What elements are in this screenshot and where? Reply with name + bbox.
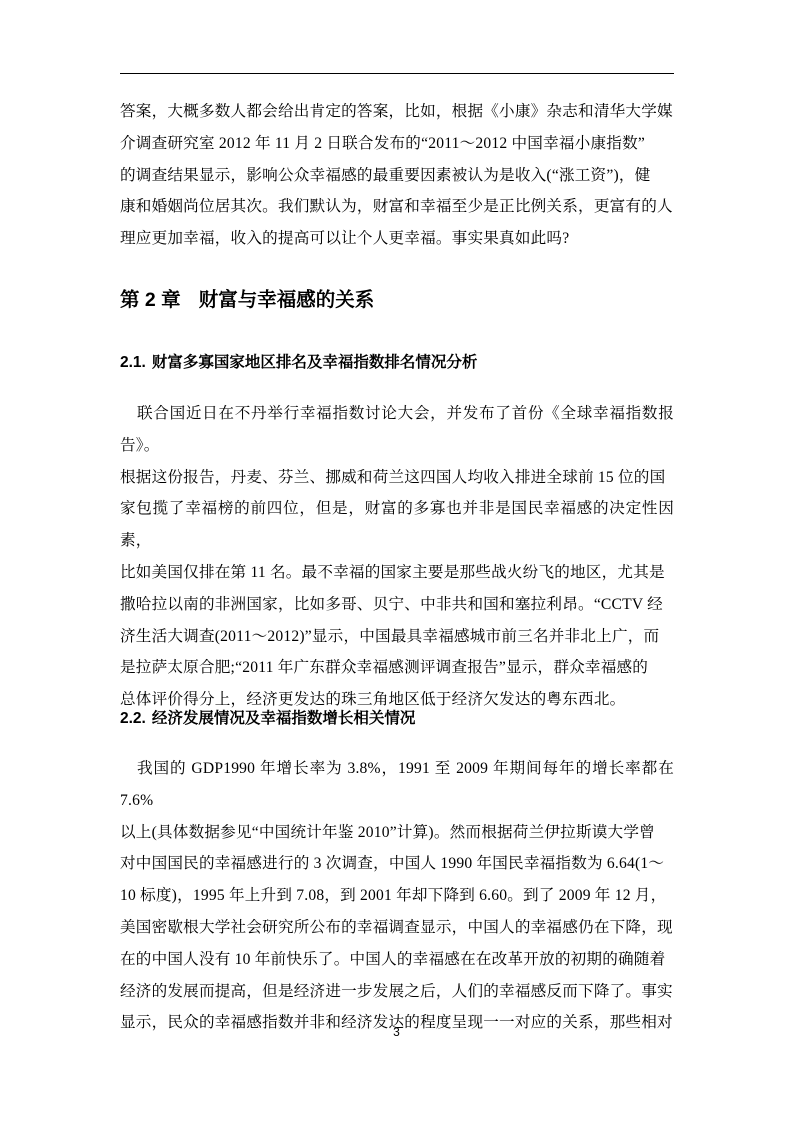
section-title: 经济发展情况及幸福指数增长相关情况	[152, 710, 416, 727]
body-line: 在的中国人没有 10 年前快乐了。中国人的幸福感在在改革开放的初期的确随着	[120, 944, 674, 976]
section-2-2-body: 我国的 GDP1990 年增长率为 3.8%，1991 至 2009 年期间每年…	[120, 753, 674, 1039]
body-line: 美国密歇根大学社会研究所公布的幸福调查显示，中国人的幸福感仍在下降，现	[120, 912, 674, 944]
body-line: 联合国近日在不丹举行幸福指数讨论大会，并发布了首份《全球幸福指数报告》。	[120, 398, 674, 462]
section-heading-2-1: 2.1.财富多寡国家地区排名及幸福指数排名情况分析	[120, 350, 477, 372]
intro-line: 理应更加幸福，收入的提高可以让个人更幸福。事实果真如此吗?	[120, 223, 674, 255]
body-line: 比如美国仅排在第 11 名。最不幸福的国家主要是那些战火纷飞的地区，尤其是	[120, 557, 674, 589]
body-line: 10 标度)，1995 年上升到 7.08，到 2001 年却下降到 6.60。…	[120, 880, 674, 912]
page-number: 3	[0, 1025, 793, 1039]
intro-paragraph: 答案，大概多数人都会给出肯定的答案，比如，根据《小康》杂志和清华大学媒 介调查研…	[120, 96, 674, 255]
intro-line: 的调查结果显示，影响公众幸福感的最重要因素被认为是收入(“涨工资”)，健	[120, 160, 674, 192]
body-line: 我国的 GDP1990 年增长率为 3.8%，1991 至 2009 年期间每年…	[120, 753, 674, 817]
header-rule	[120, 73, 674, 74]
chapter-heading: 第 2 章财富与幸福感的关系	[120, 284, 374, 312]
chapter-title: 财富与幸福感的关系	[199, 289, 375, 311]
intro-line: 介调查研究室 2012 年 11 月 2 日联合发布的“2011～2012 中国…	[120, 128, 674, 160]
section-number: 2.1.	[120, 354, 146, 371]
body-line: 以上(具体数据参见“中国统计年鉴 2010”计算)。然而根据荷兰伊拉斯谟大学曾	[120, 817, 674, 849]
section-number: 2.2.	[120, 710, 146, 727]
section-2-1-body: 联合国近日在不丹举行幸福指数讨论大会，并发布了首份《全球幸福指数报告》。 根据这…	[120, 398, 674, 716]
body-line: 家包揽了幸福榜的前四位，但是，财富的多寡也并非是国民幸福感的决定性因素，	[120, 493, 674, 557]
intro-line: 康和婚姻尚位居其次。我们默认为，财富和幸福至少是正比例关系，更富有的人	[120, 191, 674, 223]
body-line: 对中国国民的幸福感进行的 3 次调查，中国人 1990 年国民幸福指数为 6.6…	[120, 848, 674, 880]
body-line: 是拉萨太原合肥;“2011 年广东群众幸福感测评调查报告”显示，群众幸福感的	[120, 652, 674, 684]
body-line: 根据这份报告，丹麦、芬兰、挪威和荷兰这四国人均收入排进全球前 15 位的国	[120, 462, 674, 494]
section-heading-2-2: 2.2.经济发展情况及幸福指数增长相关情况	[120, 706, 415, 728]
intro-line: 答案，大概多数人都会给出肯定的答案，比如，根据《小康》杂志和清华大学媒	[120, 96, 674, 128]
body-line: 济生活大调查(2011～2012)”显示，中国最具幸福感城市前三名并非北上广，而	[120, 621, 674, 653]
body-line: 经济的发展而提高，但是经济进一步发展之后，人们的幸福感反而下降了。事实	[120, 976, 674, 1008]
section-title: 财富多寡国家地区排名及幸福指数排名情况分析	[152, 354, 478, 371]
body-line: 撒哈拉以南的非洲国家，比如多哥、贝宁、中非共和国和塞拉利昂。“CCTV 经	[120, 589, 674, 621]
chapter-number: 第 2 章	[120, 289, 181, 311]
